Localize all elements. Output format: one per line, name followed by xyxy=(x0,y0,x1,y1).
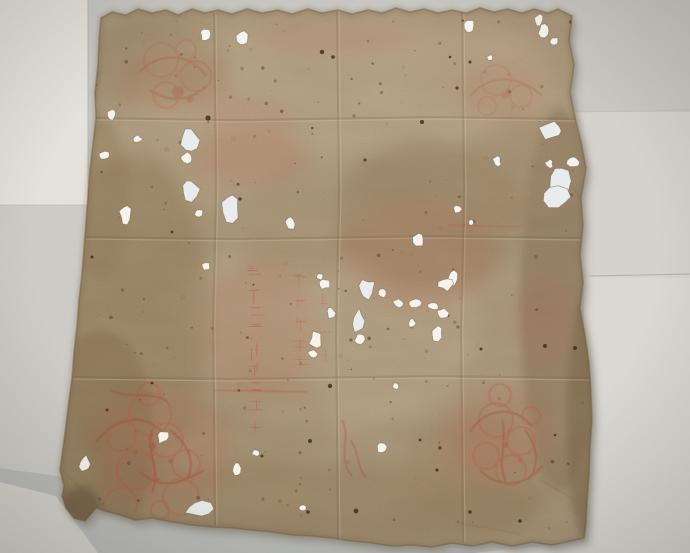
photograph xyxy=(0,0,690,553)
photo-damaged-parchment-document xyxy=(0,0,690,553)
photo-vignette xyxy=(0,0,690,553)
